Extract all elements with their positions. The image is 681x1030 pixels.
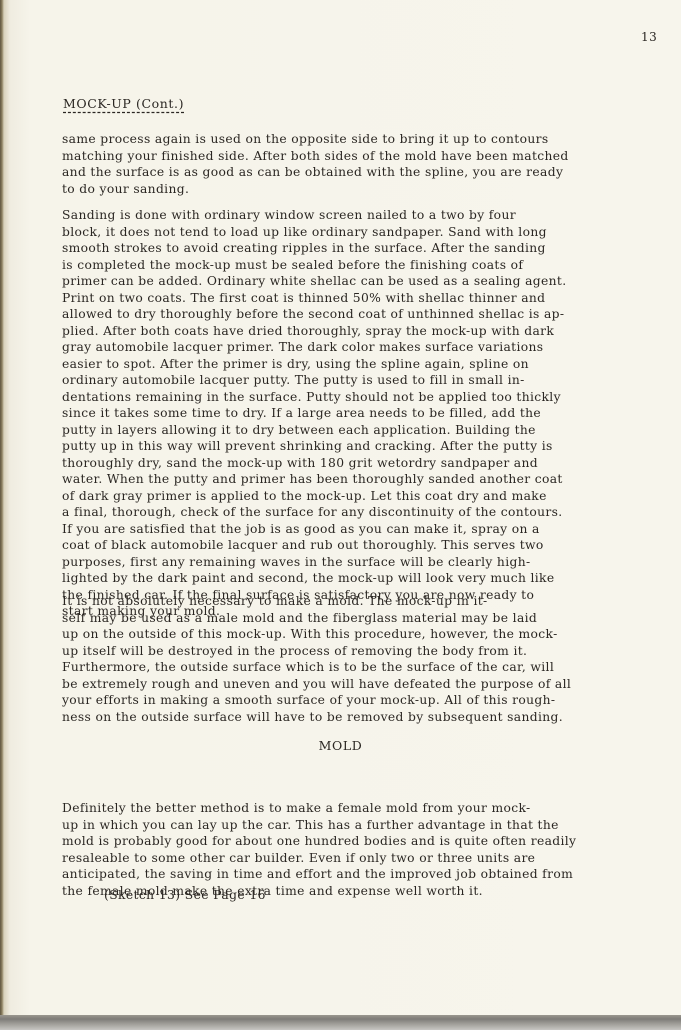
page-bottom-edge	[0, 1015, 681, 1030]
paragraph-continuation: same process again is used on the opposi…	[62, 131, 640, 197]
section-heading: MOCK-UP (Cont.)	[63, 96, 184, 111]
paragraph-female-mold: Definitely the better method is to make …	[62, 800, 640, 899]
paragraph-sanding: Sanding is done with ordinary window scr…	[62, 207, 640, 620]
document-page: 13 MOCK-UP (Cont.) same process again is…	[0, 0, 681, 1018]
page-number: 13	[641, 30, 657, 44]
paragraph-male-mold: It is not absolutely necessary to make a…	[62, 593, 640, 725]
sketch-reference: (Sketch 13) See Page 16	[104, 888, 266, 902]
mold-heading: MOLD	[0, 738, 681, 753]
